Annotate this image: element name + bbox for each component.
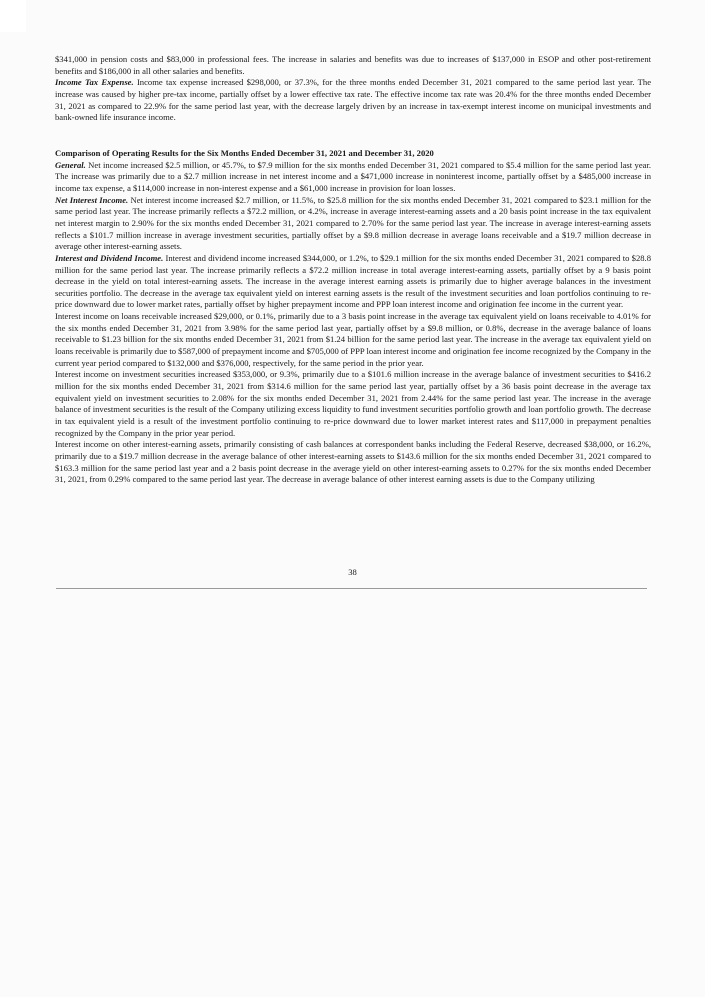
paragraph: $341,000 in pension costs and $83,000 in… [55, 54, 651, 77]
paragraph: Interest and Dividend Income. Interest a… [55, 253, 651, 311]
paragraph: Interest income on investment securities… [55, 369, 651, 439]
paragraph: Net Interest Income. Net interest income… [55, 195, 651, 253]
scan-artifact [0, 0, 26, 32]
page-content: $341,000 in pension costs and $83,000 in… [55, 54, 651, 486]
page-number: 38 [0, 567, 705, 579]
document-page: { "doc": { "sections": [ { "type": "para… [0, 0, 705, 997]
paragraph-text: Net interest income increased $2.7 milli… [55, 195, 651, 252]
section-heading: Comparison of Operating Results for the … [55, 148, 651, 160]
paragraph-lead: General. [55, 160, 86, 170]
paragraph-text: $341,000 in pension costs and $83,000 in… [55, 54, 651, 76]
paragraph-lead: Interest and Dividend Income. [55, 253, 163, 263]
paragraph-text: Income tax expense increased $298,000, o… [55, 77, 651, 122]
paragraph-lead: Net Interest Income. [55, 195, 128, 205]
paragraph-lead: Income Tax Expense. [55, 77, 134, 87]
footer-divider [56, 588, 647, 589]
paragraph-text: Interest income on other interest-earnin… [55, 439, 651, 484]
paragraph: Interest income on other interest-earnin… [55, 439, 651, 486]
paragraph-text: Interest income on investment securities… [55, 369, 651, 437]
paragraph-text: Net income increased $2.5 million, or 45… [55, 160, 651, 193]
paragraph: Income Tax Expense. Income tax expense i… [55, 77, 651, 124]
paragraph: Interest income on loans receivable incr… [55, 311, 651, 369]
paragraph: General. Net income increased $2.5 milli… [55, 160, 651, 195]
paragraph-text: Interest income on loans receivable incr… [55, 311, 651, 368]
